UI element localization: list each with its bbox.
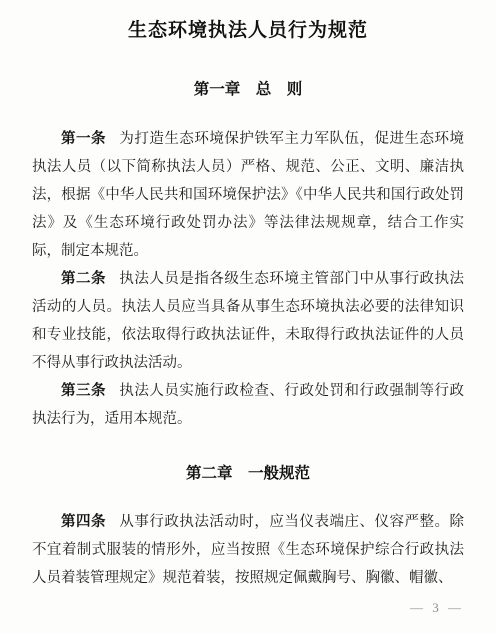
chapter-2-heading: 第二章 一般规范 bbox=[32, 464, 464, 484]
article-1: 第一条为打造生态环境保护铁军主力军队伍，促进生态环境执法人员（以下简称执法人员）… bbox=[32, 125, 464, 265]
article-1-label: 第一条 bbox=[61, 131, 106, 147]
chapter-1-heading: 第一章 总 则 bbox=[32, 80, 464, 100]
article-4-label: 第四条 bbox=[61, 514, 106, 530]
article-2: 第二条执法人员是指各级生态环境主管部门中从事行政执法活动的人员。执法人员应当具备… bbox=[32, 265, 464, 377]
page-number: — 3 — bbox=[32, 599, 464, 617]
article-1-text: 为打造生态环境保护铁军主力军队伍，促进生态环境执法人员（以下简称执法人员）严格、… bbox=[32, 131, 464, 259]
article-2-label: 第二条 bbox=[61, 271, 106, 287]
article-4: 第四条从事行政执法活动时，应当仪表端庄、仪容严整。除不宜着制式服装的情形外，应当… bbox=[32, 508, 464, 592]
article-3-label: 第三条 bbox=[61, 383, 106, 399]
document-page: 生态环境执法人员行为规范 第一章 总 则 第一条为打造生态环境保护铁军主力军队伍… bbox=[0, 0, 496, 633]
document-title: 生态环境执法人员行为规范 bbox=[32, 18, 464, 44]
article-3: 第三条执法人员实施行政检查、行政处罚和行政强制等行政执法行为，适用本规范。 bbox=[32, 377, 464, 433]
